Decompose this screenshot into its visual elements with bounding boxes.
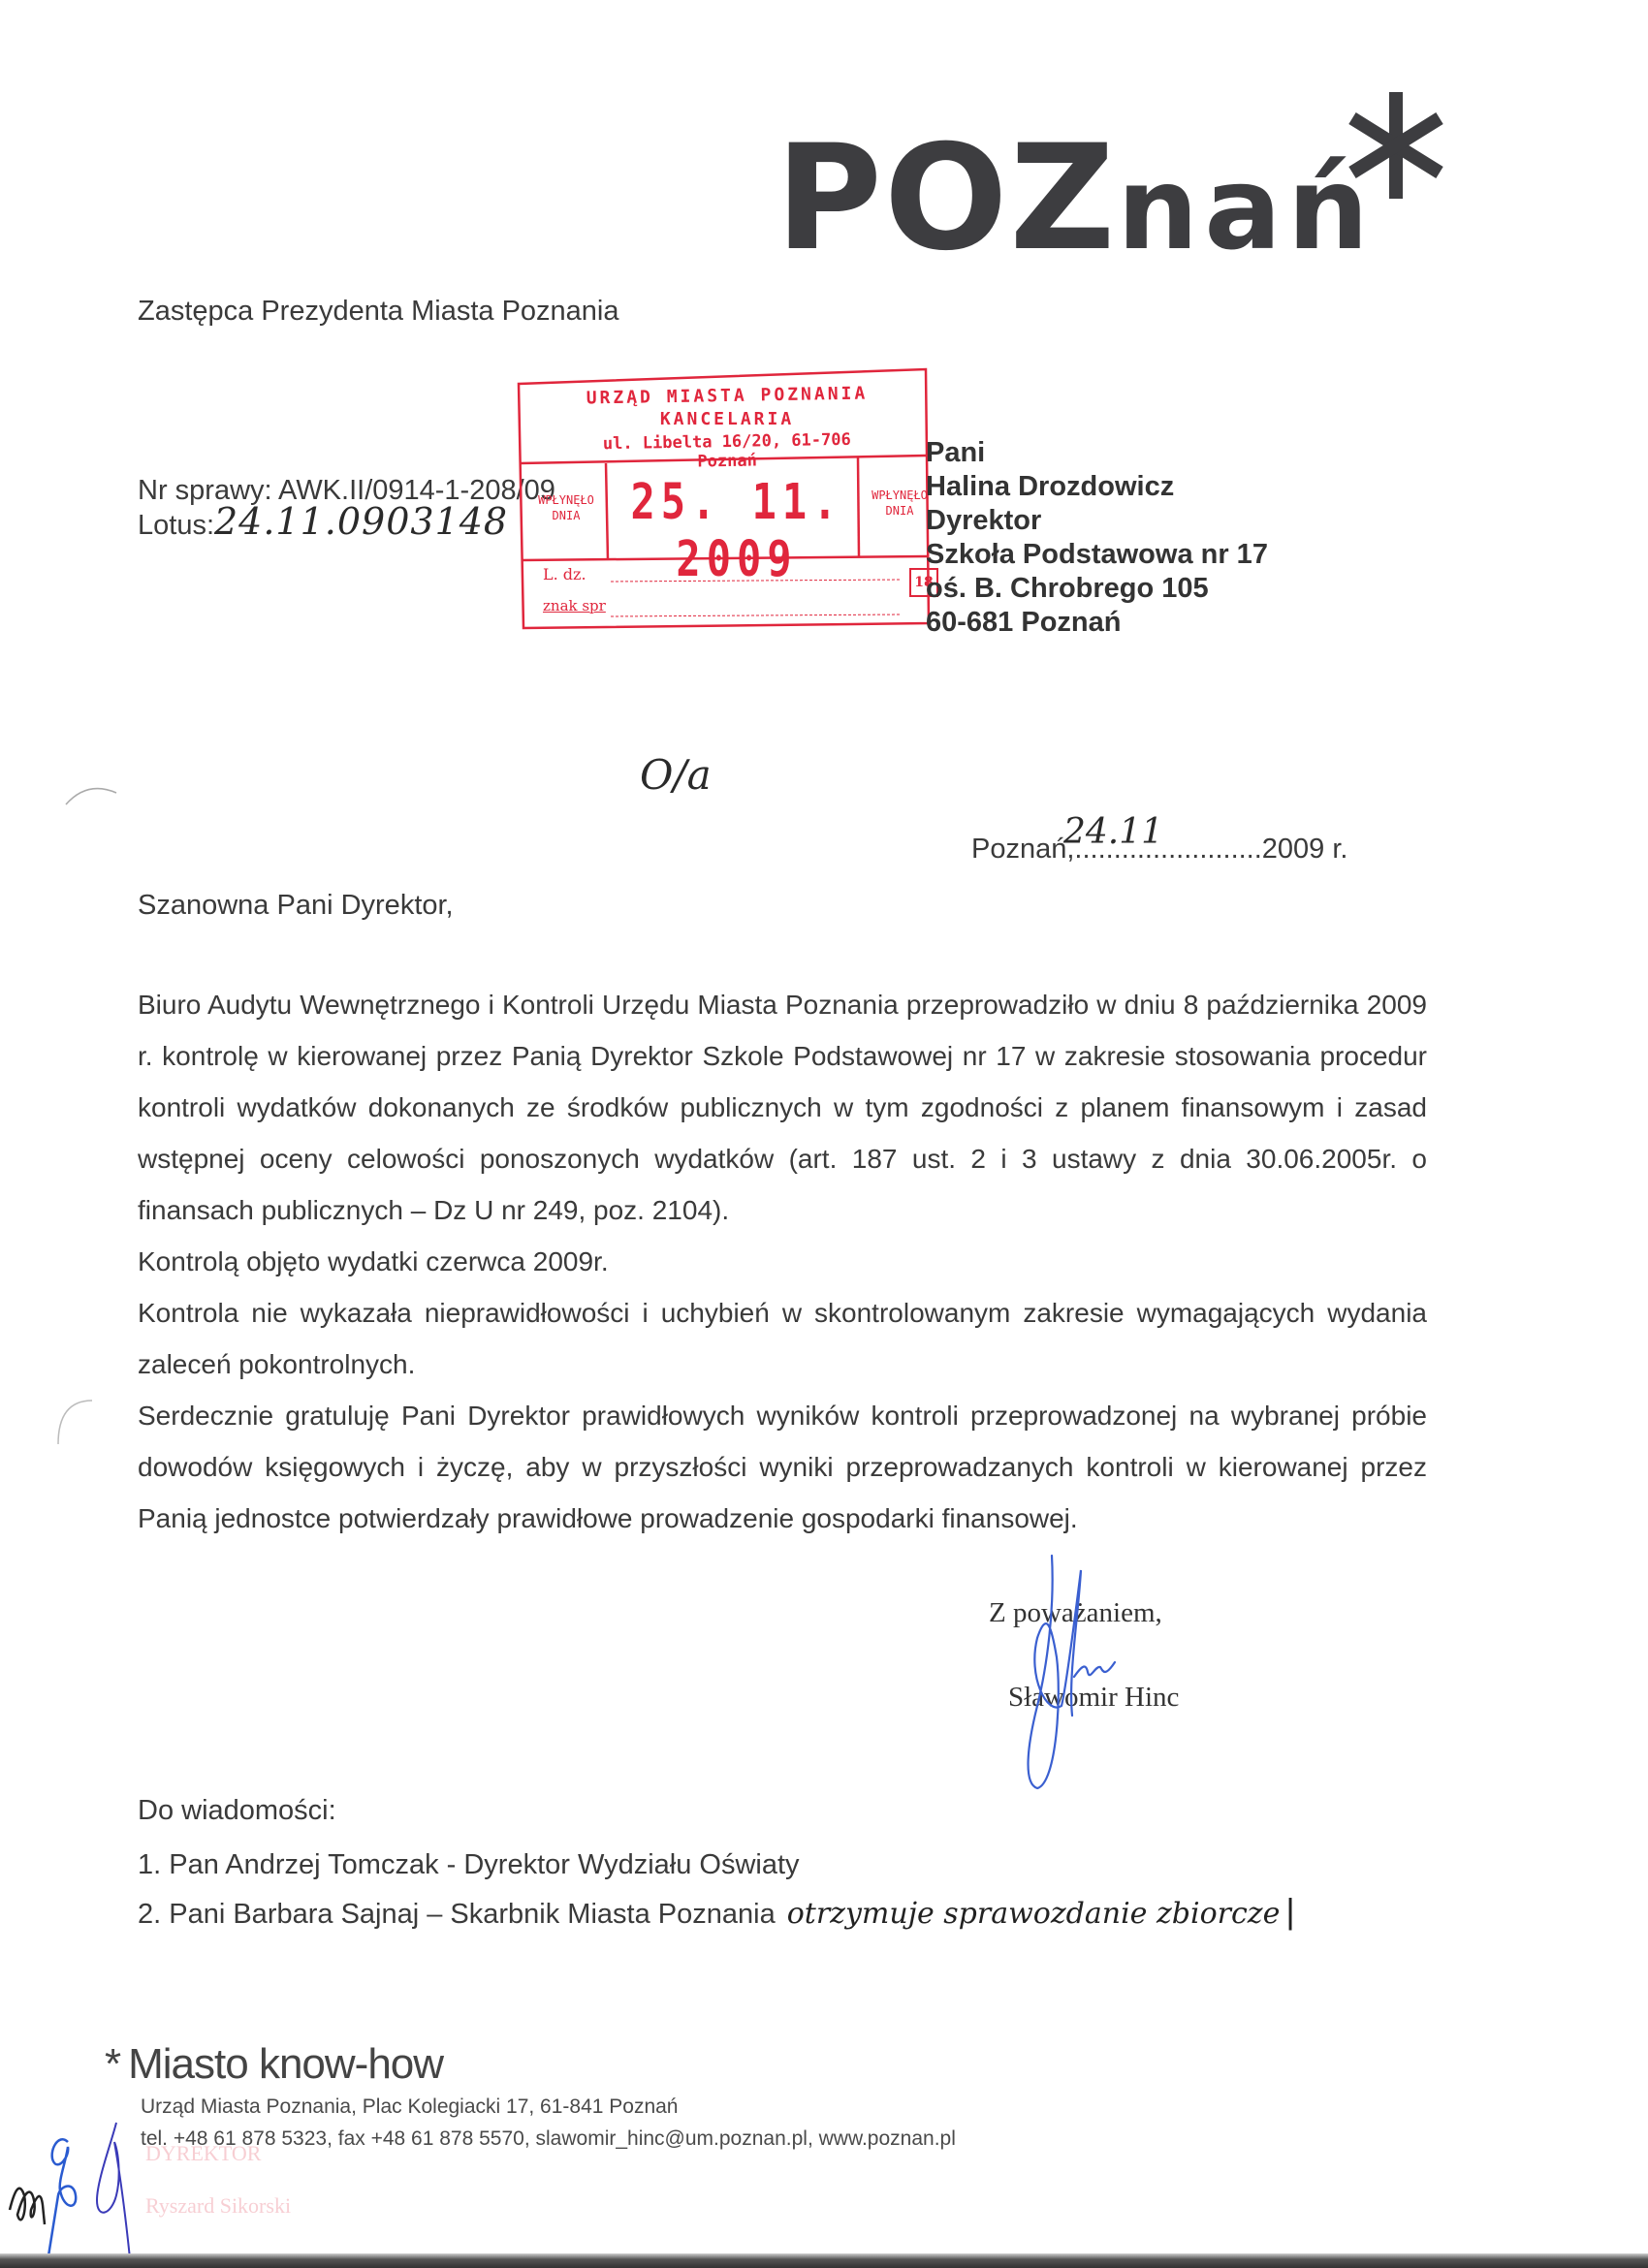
footer-brand-text: Miasto know-how [128, 2040, 443, 2088]
body-paragraph: Serdecznie gratuluję Pani Dyrektor prawi… [138, 1390, 1427, 1544]
recipient-line: 60-681 Poznań [926, 606, 1268, 640]
page-bottom-edge [0, 2253, 1648, 2268]
stamp-date: 25. 11. 2009 [620, 473, 853, 587]
footer-signatures-icon [0, 2103, 291, 2268]
place-date: Poznań,........................2009 r. 2… [971, 834, 1347, 866]
handwritten-bar: | [1285, 1891, 1294, 1931]
recipient-line: Pani [926, 436, 1268, 470]
cc-item-text: 2. Pani Barbara Sajnaj – Skarbnik Miasta… [138, 1899, 776, 1930]
handwritten-cc-note: otrzymuje sprawozdanie zbiorcze [787, 1897, 1281, 1931]
body-paragraph: Kontrolą objęto wydatki czerwca 2009r. [138, 1236, 1427, 1287]
recipient-line: oś. B. Chrobrego 105 [926, 572, 1268, 606]
body-paragraph: Kontrola nie wykazała nieprawidłowości i… [138, 1287, 1427, 1390]
scan-artifact-icon [48, 1396, 107, 1454]
cc-list: 1. Pan Andrzej Tomczak - Dyrektor Wydzia… [138, 1842, 1295, 1937]
stamp-received-label-left: WPŁYNĘŁO DNIA [527, 492, 605, 523]
letter-body: Biuro Audytu Wewnętrznego i Kontroli Urz… [138, 979, 1427, 1544]
stamp-ldz-label: L. dz. [543, 565, 586, 583]
handwritten-initials: O/a [640, 751, 712, 799]
stamp-department: KANCELARIA [572, 409, 882, 429]
date-year: 2009 r. [1262, 834, 1348, 865]
registry-stamp: URZĄD MIASTA POZNANIA KANCELARIA ul. Lib… [514, 366, 931, 633]
cc-item: 1. Pan Andrzej Tomczak - Dyrektor Wydzia… [138, 1842, 1295, 1888]
recipient-line: Halina Drozdowicz [926, 470, 1268, 504]
logo-text-upper: POZ [776, 114, 1117, 283]
footer-brand: *Miasto know-how [105, 2040, 443, 2089]
scan-artifact-icon [58, 775, 126, 814]
lotus-label: Lotus: [138, 510, 214, 541]
body-paragraph: Biuro Audytu Wewnętrznego i Kontroli Urz… [138, 979, 1427, 1236]
handwritten-date: 24.11 [1063, 812, 1163, 852]
sender-title: Zastępca Prezydenta Miasta Poznania [138, 296, 619, 328]
recipient-line: Dyrektor [926, 504, 1268, 538]
stamp-address: ul. Libelta 16/20, 61-706 Poznań [572, 429, 883, 474]
lotus-value: 24.11.0903148 [214, 500, 508, 543]
recipient-line: Szkoła Podstawowa nr 17 [926, 538, 1268, 572]
recipient-address: Pani Halina Drozdowicz Dyrektor Szkoła P… [926, 436, 1268, 640]
cc-title: Do wiadomości: [138, 1795, 336, 1827]
salutation: Szanowna Pani Dyrektor, [138, 890, 454, 922]
cc-item: 2. Pani Barbara Sajnaj – Skarbnik Miasta… [138, 1888, 1295, 1937]
lotus-number: Lotus:24.11.0903148 [138, 506, 508, 541]
place-label: Poznań, [971, 834, 1074, 865]
poznan-logo: POZnań [776, 126, 1375, 281]
signature-icon [1008, 1551, 1134, 1793]
stamp-znak-label: znak spr [543, 597, 606, 614]
logo-text-lower: nań [1117, 142, 1375, 275]
asterisk-icon: * [105, 2040, 120, 2088]
asterisk-logo-icon [1338, 87, 1454, 204]
